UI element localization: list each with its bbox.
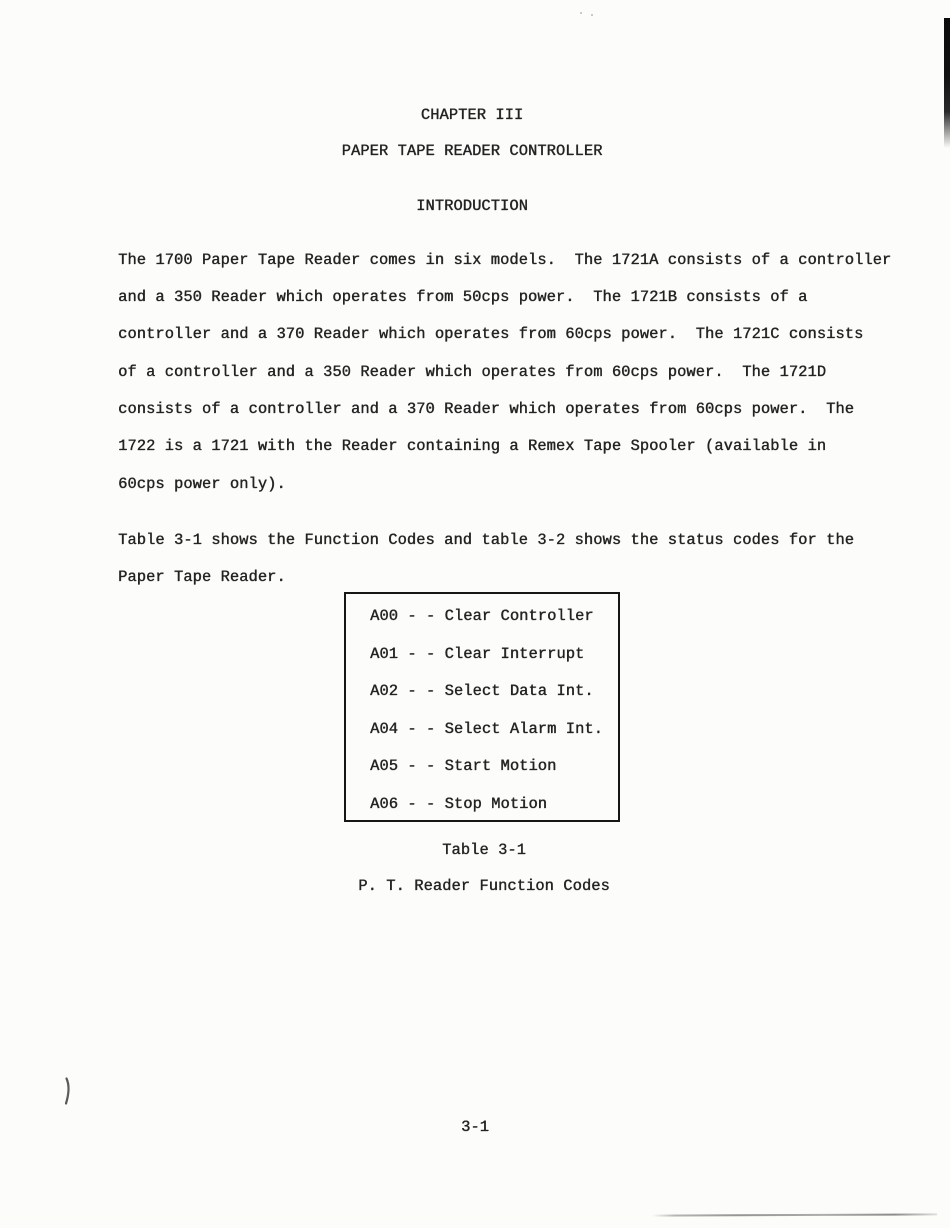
paragraph-line: Paper Tape Reader. [118, 569, 286, 587]
paragraph-line: The 1700 Paper Tape Reader comes in six … [118, 252, 891, 270]
page-number: 3-1 [0, 1119, 950, 1137]
table-row: A04 - - Select Alarm Int. [370, 720, 603, 738]
paragraph-line: Table 3-1 shows the Function Codes and t… [118, 532, 854, 550]
function-code-table: A00 - - Clear Controller A01 - - Clear I… [344, 592, 620, 822]
ink-mark-artifact [62, 1077, 72, 1112]
table-row: A06 - - Stop Motion [370, 795, 547, 813]
document-title: PAPER TAPE READER CONTROLLER [0, 143, 944, 161]
table-row: A01 - - Clear Interrupt [370, 645, 584, 663]
paragraph-line: consists of a controller and a 370 Reade… [118, 401, 854, 419]
paragraph-line: of a controller and a 350 Reader which o… [118, 364, 826, 382]
table-row: A05 - - Start Motion [370, 757, 556, 775]
chapter-heading: CHAPTER III [0, 107, 944, 125]
table-caption-title: P. T. Reader Function Codes [345, 878, 623, 896]
paragraph-line: 1722 is a 1721 with the Reader containin… [118, 438, 826, 456]
scan-edge-bar-artifact [944, 18, 950, 148]
scan-line-artifact [652, 1213, 937, 1216]
document-page: CHAPTER III PAPER TAPE READER CONTROLLER… [0, 0, 950, 1228]
section-heading: INTRODUCTION [0, 198, 944, 216]
table-caption-number: Table 3-1 [345, 842, 623, 860]
table-row: A02 - - Select Data Int. [370, 682, 594, 700]
table-row: A00 - - Clear Controller [370, 607, 594, 625]
paragraph-line: controller and a 370 Reader which operat… [118, 326, 863, 344]
scan-dots-artifact [578, 11, 600, 17]
paragraph-line: and a 350 Reader which operates from 50c… [118, 289, 807, 307]
paragraph-line: 60cps power only). [118, 476, 286, 494]
